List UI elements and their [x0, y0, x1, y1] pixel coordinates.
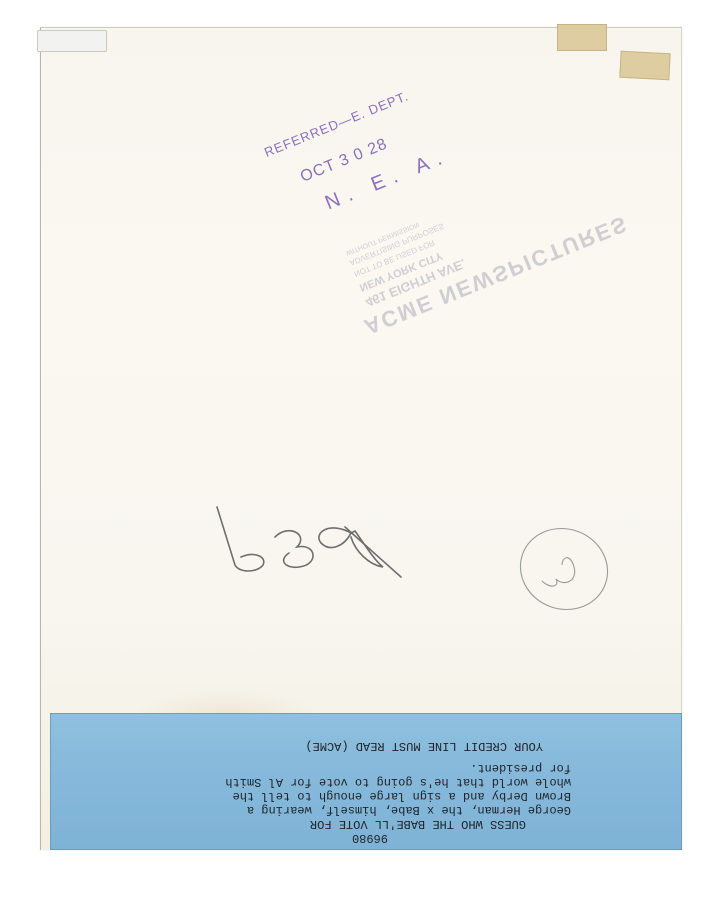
tape-left — [37, 30, 107, 52]
tape-top-right-1 — [557, 24, 607, 51]
caption-headline: GUESS WHO THE BABE'LL VOTE FOR — [310, 817, 526, 831]
caption-body-line: George Herman, the x Babe, himself, wear… — [247, 803, 571, 817]
caption-number: 96980 — [352, 831, 388, 845]
caption-body-line: whole world that he's going to vote for … — [225, 775, 571, 789]
pencil-circled-number — [512, 515, 622, 615]
caption-credit-line: YOUR CREDIT LINE MUST READ (ACME) — [305, 739, 543, 753]
caption-body-line: for president. — [470, 761, 571, 775]
tape-top-right-2 — [619, 51, 670, 81]
caption-strip: 96980 GUESS WHO THE BABE'LL VOTE FOR Geo… — [50, 713, 682, 850]
pencil-handwriting-b39 — [205, 495, 415, 585]
typed-caption: 96980 GUESS WHO THE BABE'LL VOTE FOR Geo… — [51, 714, 681, 849]
caption-body-line: Brown Derby and a sign large enough to t… — [233, 789, 571, 803]
